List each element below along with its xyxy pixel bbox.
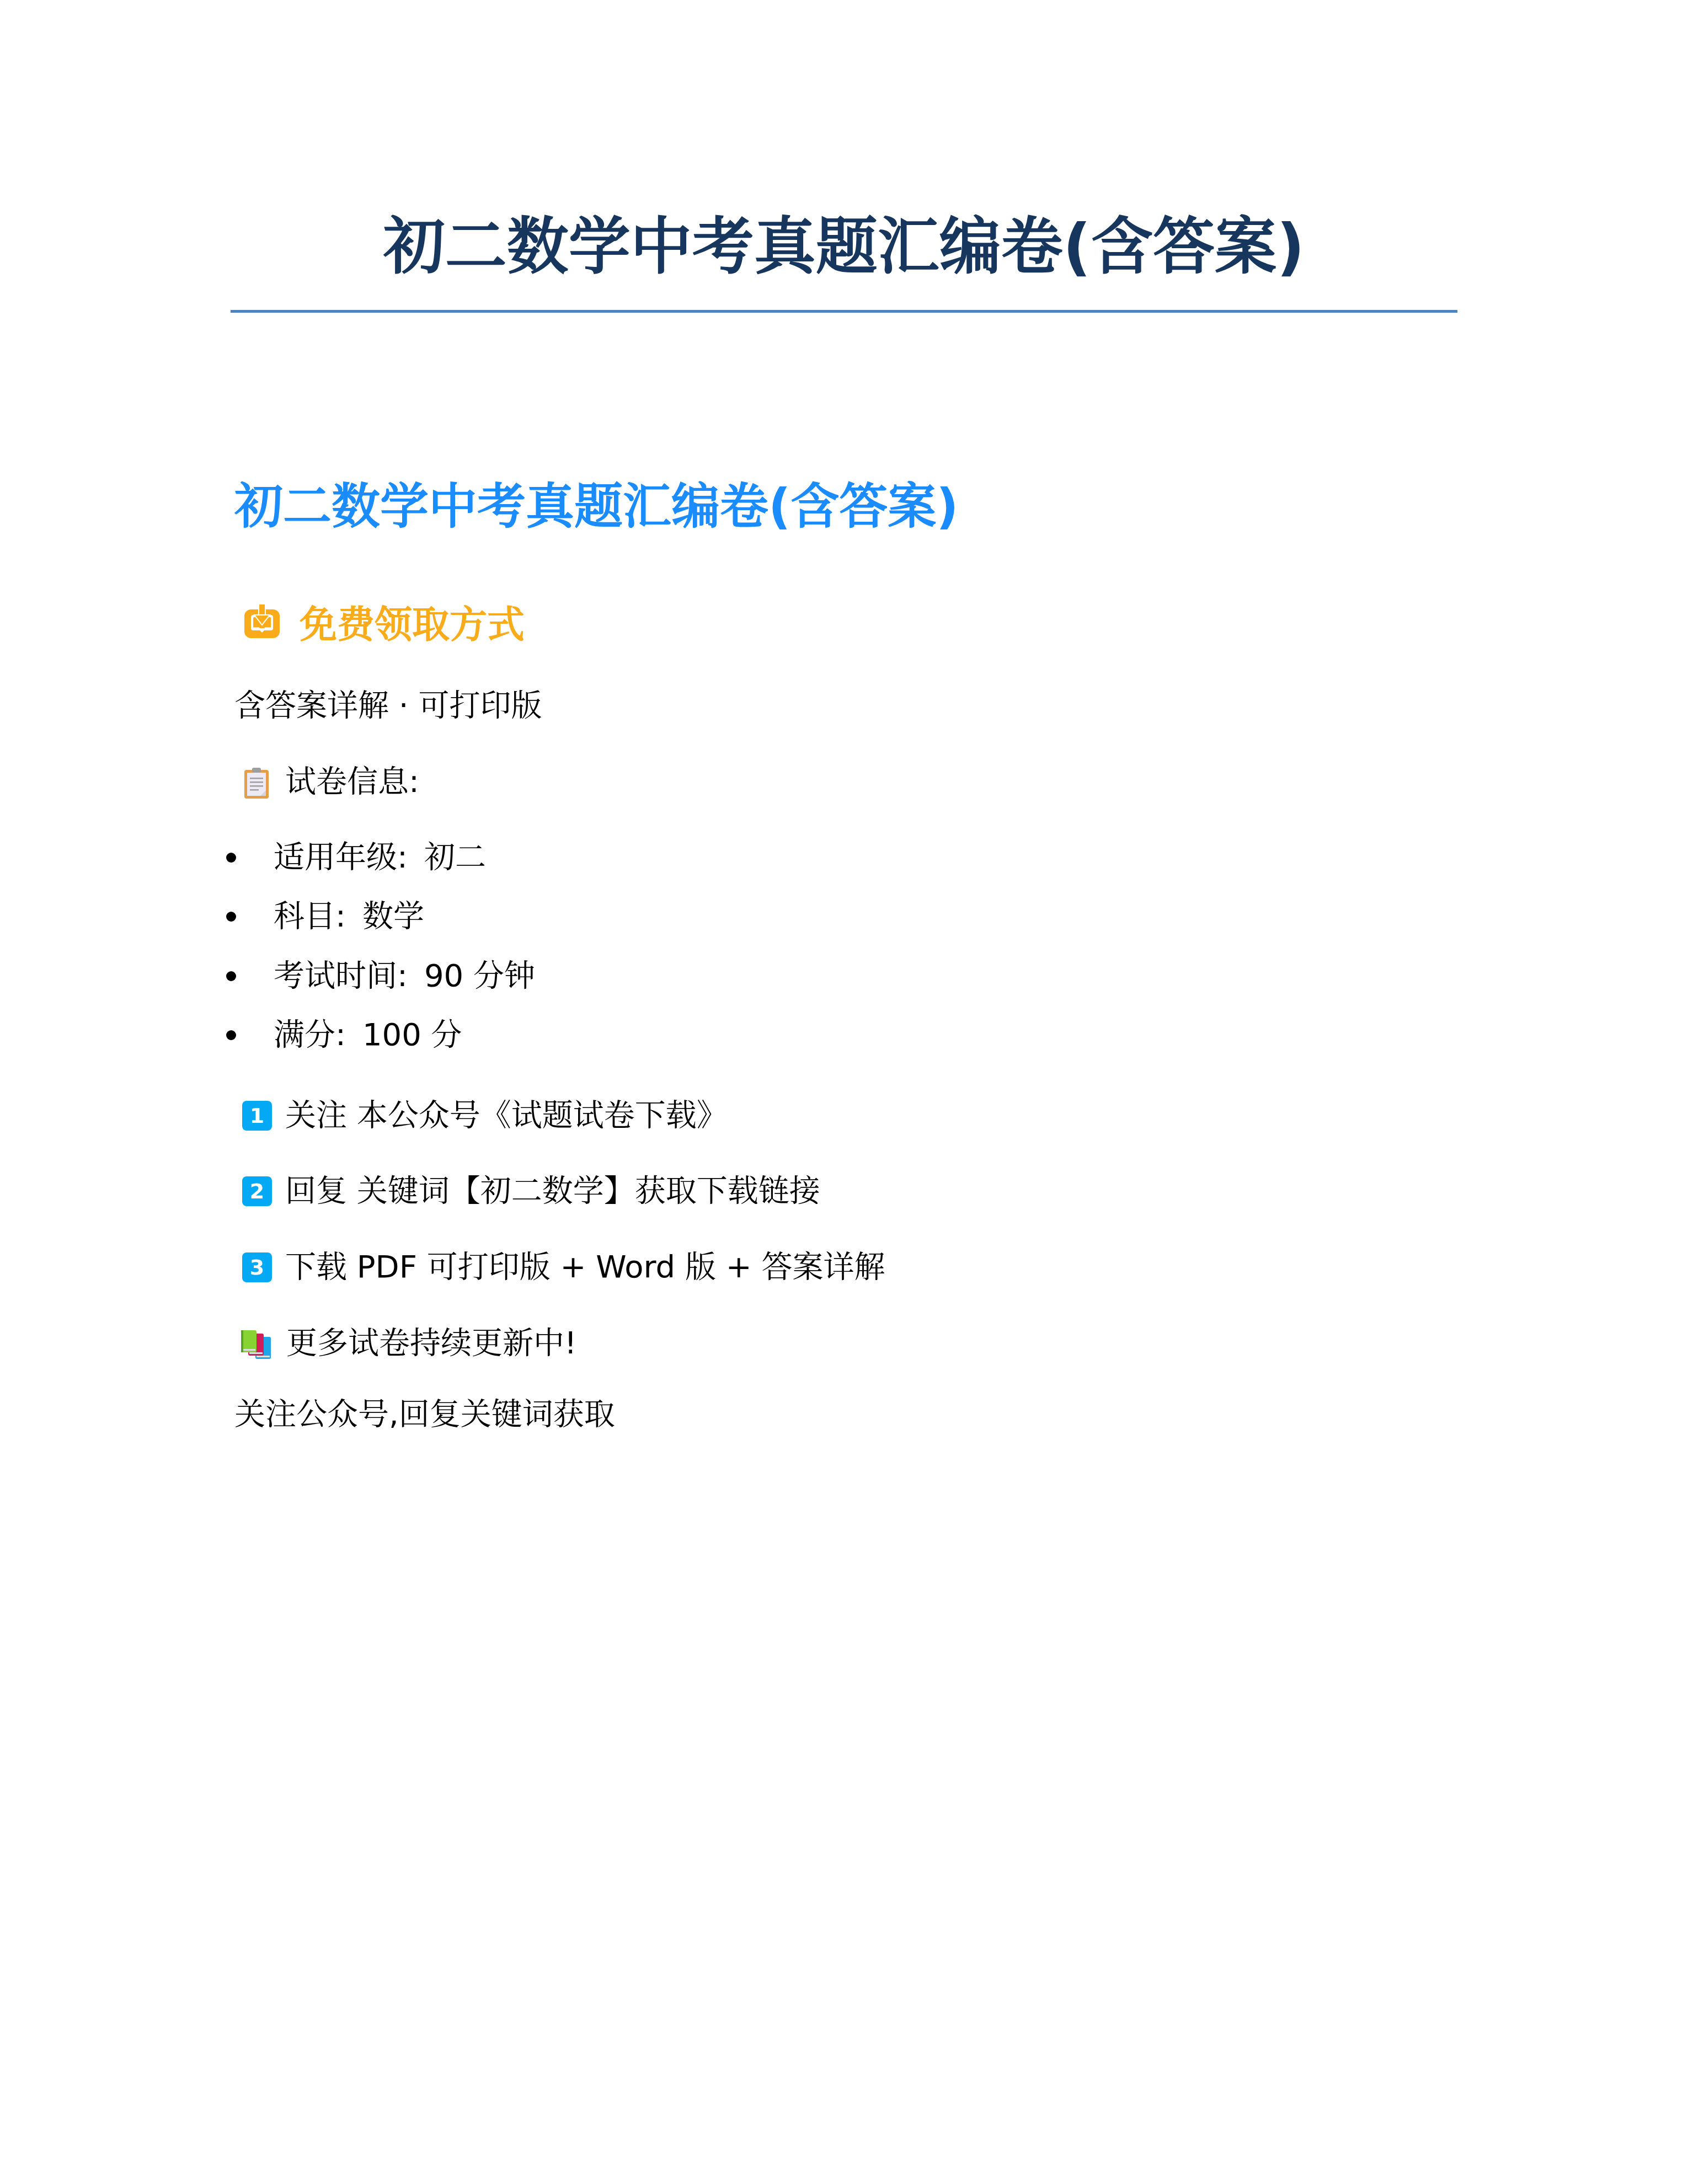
info-value: 初二 [424,836,486,880]
bullet-icon [226,971,236,981]
bullet-icon [226,853,236,863]
document-heading: 初二数学中考真题汇编卷(含答案) [234,473,958,539]
footer-note: 关注公众号,回复关键词获取 [234,1393,615,1437]
info-label: 考试时间: [274,954,408,998]
list-item-full-score: 满分: 100 分 [226,1013,462,1057]
more-updates: 更多试卷持续更新中! [234,1321,576,1366]
step-text: 下载 PDF 可打印版 + Word 版 + 答案详解 [285,1245,885,1289]
tagline: 含答案详解 · 可打印版 [234,684,542,728]
info-value: 100 分 [362,1013,462,1057]
step-text: 关注 本公众号《试题试卷下载》 [285,1094,728,1138]
bullet-icon [226,1030,236,1040]
list-item-duration: 考试时间: 90 分钟 [226,954,535,998]
section-heading-free-access: 免费领取方式 [243,597,525,646]
info-label: 满分: [274,1013,346,1057]
step-1: 1 关注 本公众号《试题试卷下载》 [234,1094,728,1138]
keycap-1-icon: 1 [242,1101,272,1131]
info-label: 适用年级: [274,836,408,880]
step-3: 3 下载 PDF 可打印版 + Word 版 + 答案详解 [234,1245,885,1289]
books-icon [241,1328,272,1359]
keycap-3-icon: 3 [242,1252,272,1282]
inbox-tray-download-icon [243,604,281,639]
page-title: 初二数学中考真题汇编卷(含答案) [231,208,1457,286]
keycap-2-icon: 2 [242,1176,272,1206]
bullet-icon [226,912,236,922]
info-heading-label: 试卷信息: [285,760,419,804]
step-2: 2 回复 关键词【初二数学】获取下载链接 [234,1169,820,1213]
info-value: 数学 [362,895,424,939]
footer-text: 关注公众号,回复关键词获取 [234,1393,615,1437]
title-divider [231,310,1457,313]
section-heading-label: 免费领取方式 [300,595,525,649]
info-heading: 试卷信息: [237,760,419,804]
list-item-grade: 适用年级: 初二 [226,836,486,880]
info-value: 90 分钟 [424,954,535,998]
step-text: 回复 关键词【初二数学】获取下载链接 [285,1169,820,1213]
info-label: 科目: [274,895,346,939]
list-item-subject: 科目: 数学 [226,895,424,939]
clipboard-icon [244,767,269,797]
tagline-text: 含答案详解 · 可打印版 [234,684,542,728]
more-updates-text: 更多试卷持续更新中! [286,1321,576,1366]
